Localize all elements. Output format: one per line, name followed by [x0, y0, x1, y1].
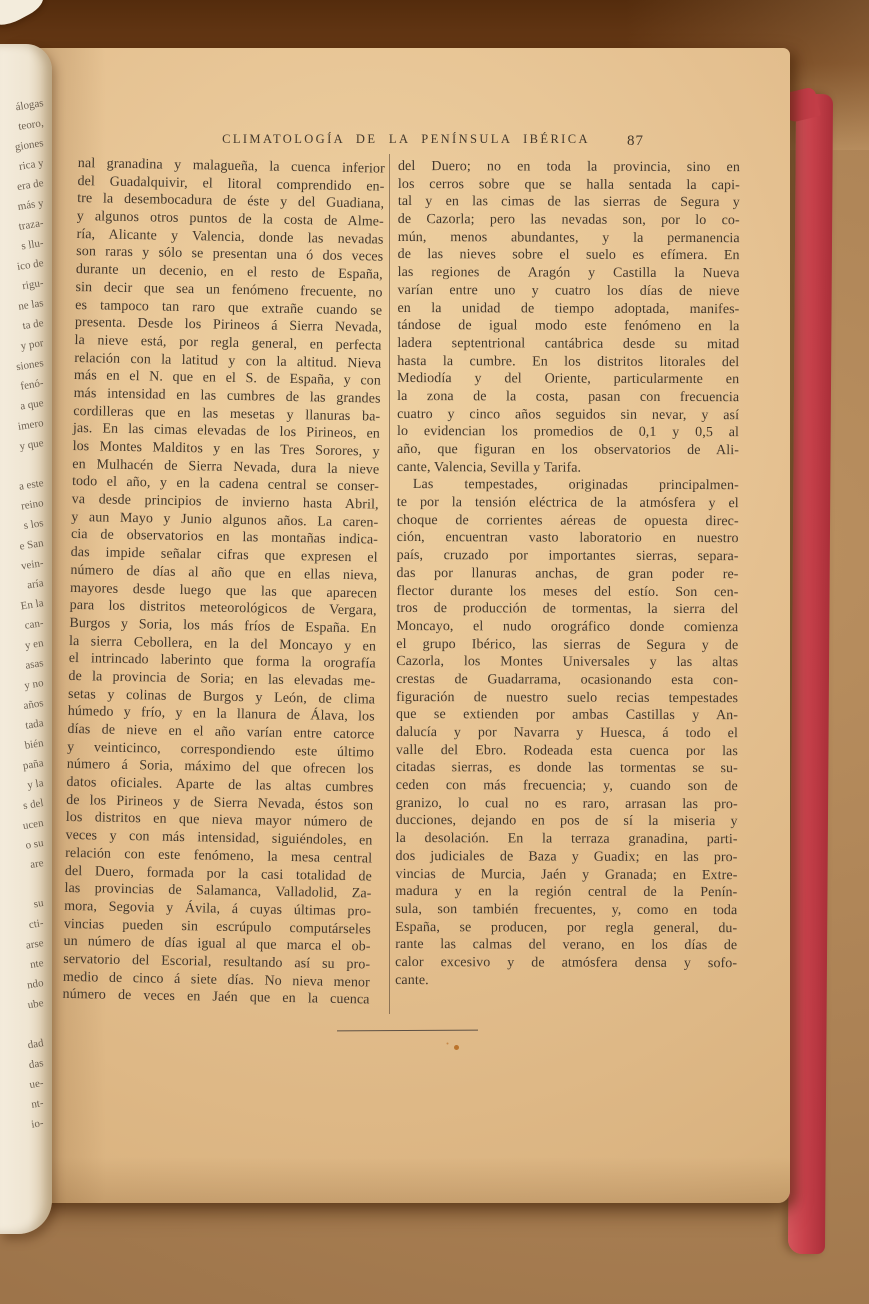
text-line: los cerros sobre que se halla sentada la… [398, 176, 740, 195]
text-line: lo evidencian los promedios de 0,1 y 0,5… [397, 423, 739, 442]
text-line: dos judiciales de Baza y Guadix; en las … [396, 848, 738, 867]
left-column: nal granadina y malagueña, la cuenca inf… [62, 155, 385, 1009]
text-line: el grupo Ibérico, las sierras de Segura … [396, 636, 738, 655]
text-line: figuración de nuestro suelo recias tempe… [396, 689, 738, 708]
text-line: de las nieves sobre el suelo es efímera.… [398, 246, 740, 265]
text-line: que se extienden por ambas Castillas y A… [396, 706, 738, 725]
text-line: vincias de Murcia, Jaén y Granada; en Ex… [395, 865, 737, 884]
text-line: mún, menos abundantes, y la permanencia [398, 229, 740, 248]
right-column: del Duero; no en toda la provincia, sino… [395, 158, 740, 991]
page-header-title: CLIMATOLOGÍA DE LA PENÍNSULA IBÉRICA [222, 132, 590, 146]
text-line: hasta la cumbre. En los distritos litora… [397, 353, 739, 372]
text-line: madura y en la región central de la Pení… [395, 883, 737, 902]
red-cover-edge [788, 94, 833, 1254]
text-line: flector durante los meses del estío. Son… [396, 582, 738, 601]
text-line: dalucía y por Navarra y Huesca, á todo e… [396, 724, 738, 743]
text-line: calor excesivo y de atmósfera densa y so… [395, 954, 737, 973]
text-line: año, que figuran en los observatorios de… [397, 441, 739, 460]
stain-speck [454, 1045, 459, 1050]
text-line: valle del Ebro. Rodeada esta cuenca por … [396, 742, 738, 761]
text-line: la desolación. En la terraza granadina, … [396, 830, 738, 849]
book-photo: CLIMATOLOGÍA DE LA PENÍNSULA IBÉRICA 87 … [0, 0, 869, 1304]
column-divider-rule [389, 154, 390, 1014]
text-line: ducciones, dejando en pos de sí la miser… [396, 812, 738, 831]
text-line: citadas sierras, es donde las tormentas … [396, 759, 738, 778]
text-line: rante las calmas del verano, en los días… [395, 936, 737, 955]
text-line: te por la tensión eléctrica de la atmósf… [397, 494, 739, 513]
running-header: CLIMATOLOGÍA DE LA PENÍNSULA IBÉRICA 87 [22, 132, 790, 147]
text-line: varían entre uno y cuatro los días de ni… [398, 282, 740, 301]
text-line: en la unidad de tiempo adoptada, manifes… [397, 299, 739, 318]
text-line: de Cazorla; pero las nevadas son, por lo… [398, 211, 740, 230]
text-line: choque de corrientes aéreas de opuesta d… [397, 512, 739, 531]
text-line: las regiones de Aragón y Castilla la Nue… [398, 264, 740, 283]
text-line: ladera septentrional cantábrica desde su… [397, 335, 739, 354]
text-line: del Duero; no en toda la provincia, sino… [398, 158, 740, 177]
text-line: cuatro y cinco años seguidos sin nevar, … [397, 406, 739, 425]
text-line: crestas de Guadarrama, ocasionando esta … [396, 671, 738, 690]
page-number: 87 [627, 133, 644, 150]
text-line: tal y en las cimas de las sierras de Seg… [398, 193, 740, 212]
text-line: ceden con más frecuencia; y, cuando son … [396, 777, 738, 796]
text-line: Mediodía y del Oriente, particularmente … [397, 370, 739, 389]
text-line: España, se producen, por regla general, … [395, 919, 737, 938]
page-edges-strip: álogasteoro,gionesrica yera demás ytraza… [0, 44, 52, 1234]
end-of-article-rule [337, 1030, 478, 1032]
text-line: país, cruzado por importantes sierras, s… [397, 547, 739, 566]
text-line: cante. [395, 972, 737, 991]
book-page: CLIMATOLOGÍA DE LA PENÍNSULA IBÉRICA 87 … [22, 48, 790, 1203]
text-line: granizo, lo cual no es raro, arrasan las… [396, 795, 738, 814]
text-line: ción, encuentran vasto laboratorio en nu… [397, 529, 739, 548]
text-line: cante, Valencia, Sevilla y Tarifa. [397, 459, 739, 478]
text-line: das por llanuras anchas, de gran poder r… [397, 565, 739, 584]
text-line: Cazorla, los Montes Universales y las al… [396, 653, 738, 672]
text-line: Moncayo, el nudo orográfico donde comien… [396, 618, 738, 637]
spine-text-fragments: álogasteoro,gionesrica yera demás ytraza… [0, 96, 50, 1136]
text-line: tándose de igual modo este fenómeno en l… [397, 317, 739, 336]
text-line: tros de producción de tormentas, la sier… [396, 600, 738, 619]
text-line: la zona de la costa, pasan con frecuenci… [397, 388, 739, 407]
text-line: sula, son también frecuentes, y, como en… [395, 901, 737, 920]
text-line: Las tempestades, originadas principalmen… [397, 476, 739, 495]
